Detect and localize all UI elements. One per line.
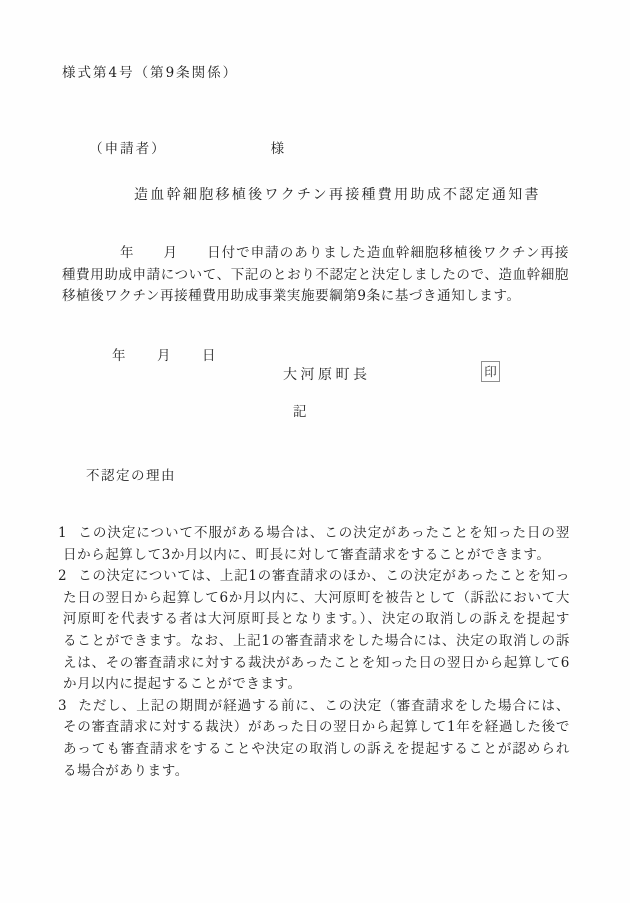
note-text: この決定については、上記1の審査請求のほか、この決定があったことを知った日の翌日… (63, 568, 570, 692)
note-number: 2 (58, 566, 78, 588)
note-item: 2この決定については、上記1の審査請求のほか、この決定があったことを知った日の翌… (58, 566, 570, 696)
applicant-honorific: 様 (271, 141, 287, 157)
document-page: 様式第4号（第9条関係） （申請者）様 造血幹細胞移植後ワクチン再接種費用助成不… (0, 0, 630, 903)
document-title: 造血幹細胞移植後ワクチン再接種費用助成不認定通知書 (134, 184, 541, 204)
reason-heading: 不認定の理由 (86, 464, 176, 484)
applicant-line: （申請者）様 (64, 121, 286, 173)
note-text: この決定について不服がある場合は、この決定があったことを知った日の翌日から起算し… (63, 525, 570, 563)
note-number: 3 (58, 696, 78, 718)
issuer-title: 大河原町長 (283, 364, 371, 384)
record-marker: 記 (293, 400, 308, 420)
note-item: 1この決定について不服がある場合は、この決定があったことを知った日の翌日から起算… (58, 523, 570, 566)
notes-section: 1この決定について不服がある場合は、この決定があったことを知った日の翌日から起算… (58, 523, 570, 782)
notification-paragraph: 年 月 日付で申請のありました造血幹細胞移植後ワクチン再接種費用助成申請について… (62, 243, 569, 308)
issue-date-line: 年 月 日 (112, 344, 217, 364)
seal-stamp: 印 (481, 361, 500, 382)
form-number: 様式第4号（第9条関係） (62, 61, 238, 81)
applicant-label: （申請者） (89, 141, 167, 157)
note-number: 1 (58, 523, 78, 545)
note-text: ただし、上記の期間が経過する前に、この決定（審査請求をした場合には、その審査請求… (63, 698, 570, 779)
note-item: 3ただし、上記の期間が経過する前に、この決定（審査請求をした場合には、その審査請… (58, 696, 570, 782)
